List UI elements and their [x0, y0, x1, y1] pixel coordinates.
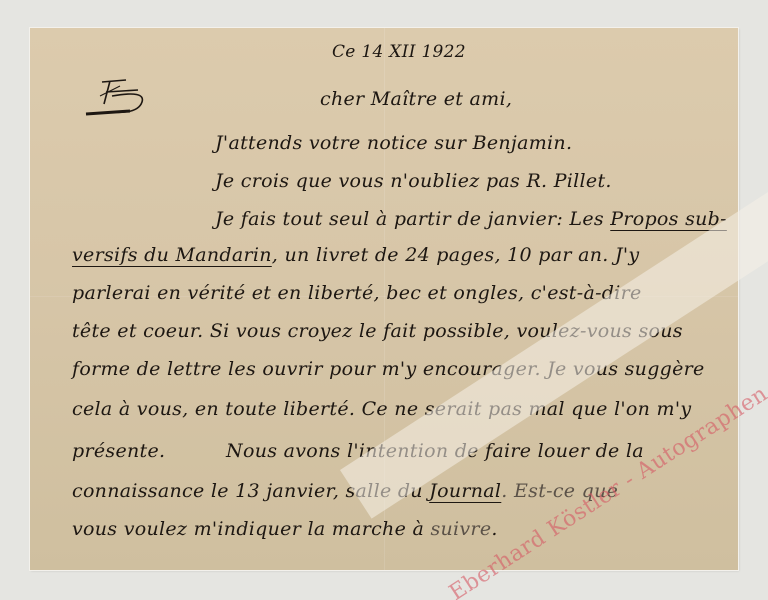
- monogram-bd-icon: [82, 76, 154, 116]
- line-11-text: vous voulez m'indiquer la marche à: [72, 518, 430, 540]
- letter-line-4: versifs du Mandarin, un livret de 24 pag…: [72, 244, 639, 266]
- letter-date: Ce 14 XII 1922: [332, 42, 466, 62]
- letter-line-1: J'attends votre notice sur Benjamin.: [215, 132, 572, 154]
- line-9-start: présente.: [72, 440, 165, 462]
- line-3-text: Je fais tout seul à partir de janvier: L…: [215, 208, 610, 230]
- letter-line-5: parlerai en vérité et en liberté, bec et…: [72, 282, 642, 304]
- underlined-title-part2: versifs du Mandarin: [72, 244, 272, 266]
- line-4-text: , un livret de 24 pages, 10 par an. J'y: [272, 244, 640, 266]
- salutation: cher Maître et ami,: [320, 88, 512, 110]
- line-11-faint: suivre: [430, 518, 491, 540]
- letter-line-10: connaissance le 13 janvier, salle du Jou…: [72, 480, 618, 502]
- line-11-end: .: [491, 518, 497, 540]
- letter-line-2: Je crois que vous n'oubliez pas R. Pille…: [215, 170, 612, 192]
- underlined-title-part1: Propos sub-: [610, 208, 727, 230]
- letter-line-3: Je fais tout seul à partir de janvier: L…: [215, 208, 727, 230]
- letter-line-8: cela à vous, en toute liberté. Ce ne ser…: [72, 398, 691, 420]
- letter-line-11: vous voulez m'indiquer la marche à suivr…: [72, 518, 498, 540]
- underlined-journal: Journal: [429, 480, 501, 502]
